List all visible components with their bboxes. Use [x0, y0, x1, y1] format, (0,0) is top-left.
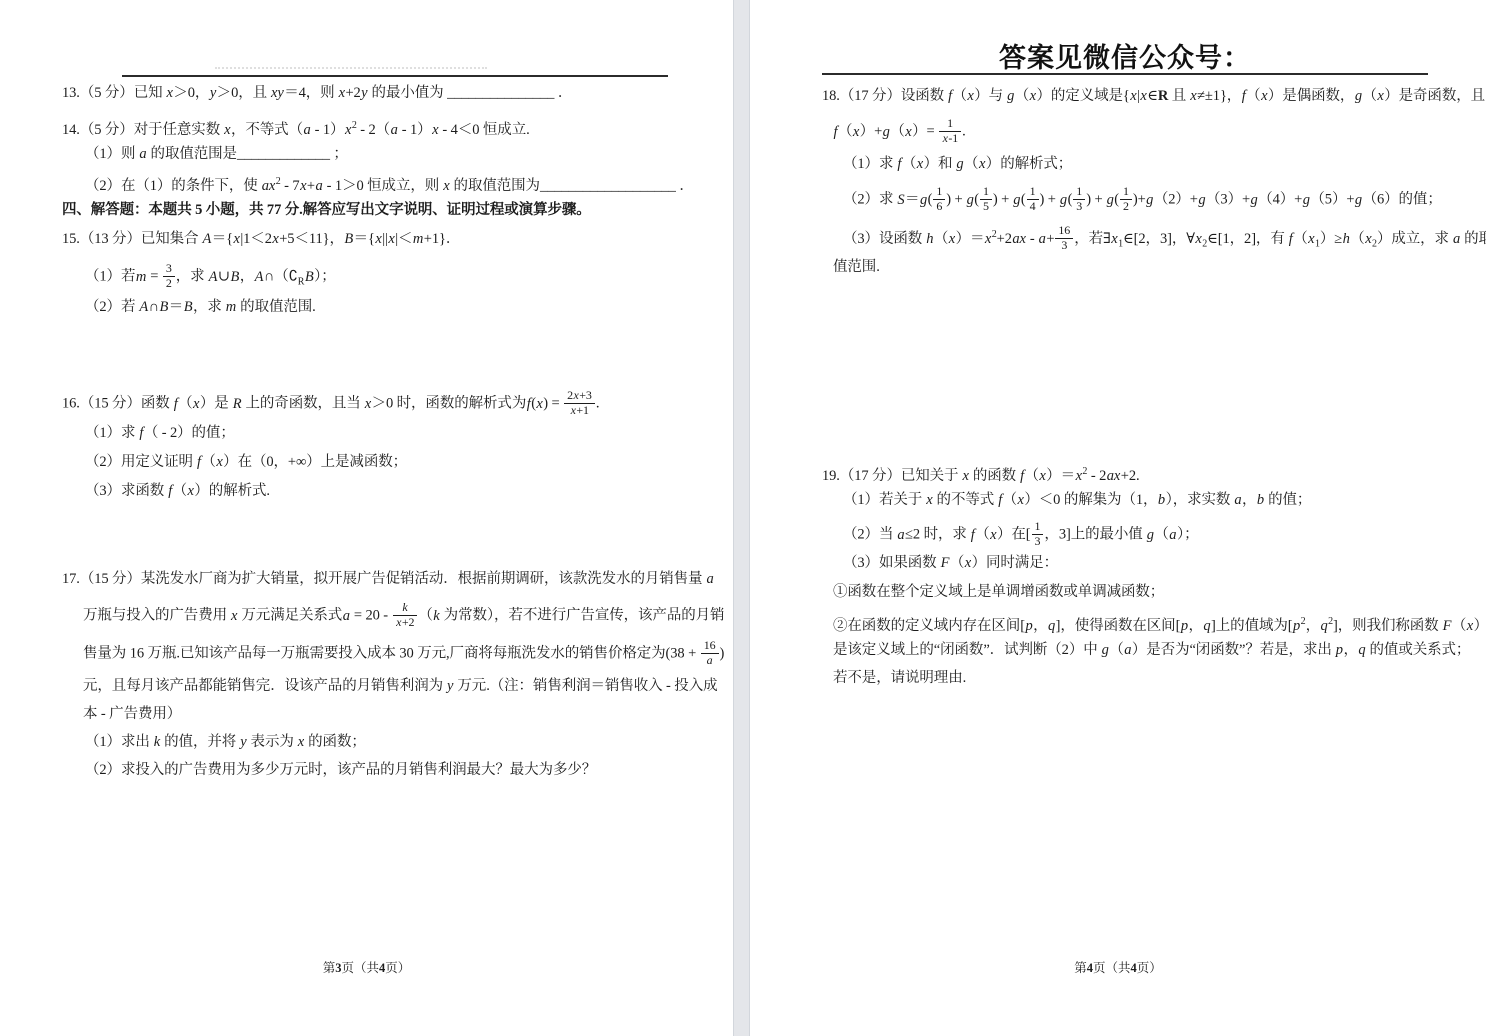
text-line: （1）求 f（x）和 g（x）的解析式；	[843, 155, 1072, 174]
text-line: （1）若m = 32，求 A∪B，A∩（∁RB）；	[85, 263, 336, 292]
fraction: 12	[1120, 185, 1132, 214]
fraction: 13	[1073, 185, 1085, 214]
text-line: （3）如果函数 F（x）同时满足：	[843, 554, 1058, 573]
text-line: （1）求出 k 的值，并将 y 表示为 x 的函数；	[85, 733, 366, 752]
fraction: 13	[1032, 520, 1044, 549]
text-line: （2）求投入的广告费用为多少万元时，该产品的月销售利润最大？最大为多少？	[85, 761, 596, 780]
text-line: 值范围.	[833, 258, 880, 277]
text-line: 若不是，请说明理由.	[833, 669, 966, 688]
text-line: 18.（17 分）设函数 f（x）与 g（x）的定义域是{x|x∈R 且 x≠±…	[822, 87, 1485, 106]
fraction: 16a	[701, 639, 719, 668]
text-line: （2）求 S＝g(16) + g(15) + g(14) + g(13) + g…	[843, 186, 1442, 215]
page-footer-left: 第3页（共4页）	[0, 958, 733, 976]
text-line: （1）若关于 x 的不等式 f（x）＜0 的解集为（1，b），求实数 a，b 的…	[843, 491, 1311, 510]
text-line: （2）若 A∩B＝B，求 m 的取值范围.	[85, 298, 316, 317]
text-line: 15.（13 分）已知集合 A＝{x|1＜2x+5＜11}，B＝{x||x|＜m…	[62, 230, 460, 249]
fraction: 32	[163, 262, 175, 291]
header-rule-left-page	[122, 75, 668, 77]
text-line: ①函数在整个定义域上是单调增函数或单调减函数；	[833, 583, 1164, 602]
fraction: 16	[933, 185, 945, 214]
text-line: （2）用定义证明 f（x）在（0，+∞）上是减函数；	[85, 453, 407, 472]
text-line: f（x）+g（x）= 1x-1.	[833, 118, 966, 147]
text-line: 本 - 广告费用）	[83, 705, 181, 724]
text-line: （1）则 a 的取值范围是_____________ ；	[85, 145, 348, 164]
text-line: （3）求函数 f（x）的解析式.	[85, 482, 270, 501]
text-line: （1）求 f（ - 2）的值；	[85, 424, 235, 443]
text-line: 19.（17 分）已知关于 x 的函数 f（x）＝x2 - 2ax+2.	[822, 462, 1140, 486]
text-line: ②在函数的定义域内存在区间[p，q]，使得函数在区间[p，q]上的值域为[p2，…	[833, 612, 1486, 636]
fraction: 1x-1	[939, 117, 961, 146]
text-line: （2）在（1）的条件下，使 ax2 - 7x+a - 1＞0 恒成立，则 x 的…	[85, 172, 694, 196]
answers-wechat-title: 答案见微信公众号：	[822, 36, 1428, 75]
fraction: 163	[1055, 224, 1073, 253]
page-footer-right: 第4页（共4页）	[750, 958, 1486, 976]
text-line: （3）设函数 h（x）＝x2+2ax - a+163，若∃x1∈[2，3]，∀x…	[843, 225, 1486, 254]
fraction: 15	[980, 185, 992, 214]
text-line: （2）当 a≤2 时，求 f（x）在[13，3]上的最小值 g（a）；	[843, 521, 1199, 550]
faded-scan-artifact-line	[215, 67, 487, 69]
fraction: 14	[1027, 185, 1039, 214]
page-gap-divider	[733, 0, 750, 1036]
text-line: 万瓶与投入的广告费用 x 万元满足关系式a = 20 - kx+2（k 为常数）…	[83, 602, 724, 631]
text-line: 13.（5 分）已知 x＞0，y＞0，且 xy＝4，则 x+2y 的最小值为 _…	[62, 84, 572, 103]
text-line: 四、解答题：本题共 5 小题，共 77 分.解答应写出文字说明、证明过程或演算步…	[62, 201, 591, 220]
text-line: 是该定义域上的“闭函数”．试判断（2）中 g（a）是否为“闭函数”？若是，求出 …	[833, 641, 1470, 660]
fraction: kx+2	[393, 601, 418, 630]
text-line: 售量为 16 万瓶.已知该产品每一万瓶需要投入成本 30 万元,厂商将每瓶洗发水…	[83, 640, 724, 669]
text-line: 17.（15 分）某洗发水厂商为扩大销量，拟开展广告促销活动．根据前期调研，该款…	[62, 570, 714, 589]
text-line: 14.（5 分）对于任意实数 x，不等式（a - 1）x2 - 2（a - 1）…	[62, 116, 530, 140]
text-line: 元，且每月该产品都能销售完．设该产品的月销售利润为 y 万元.（注：销售利润＝销…	[83, 677, 718, 696]
fraction: 2x+3x+1	[564, 389, 595, 418]
text-line: 16.（15 分）函数 f（x）是 R 上的奇函数，且当 x＞0 时，函数的解析…	[62, 390, 599, 419]
